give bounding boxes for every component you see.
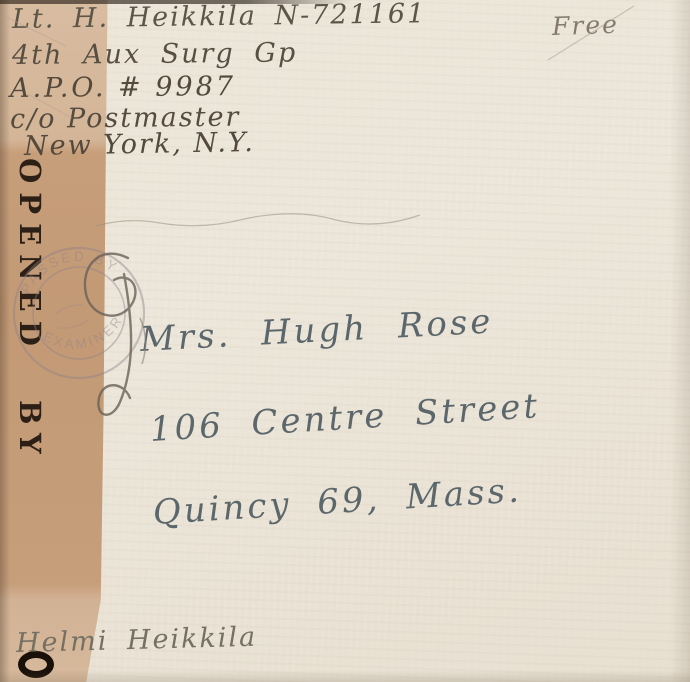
envelope-bottom-edge bbox=[0, 670, 690, 682]
recipient-address-line-3: Quincy 69, Mass. bbox=[152, 470, 523, 532]
return-address-line-2: 4th Aux Surg Gp bbox=[12, 38, 297, 71]
crease-line-middle bbox=[96, 214, 420, 226]
return-address-line-1: Lt. H. Heikkila N-721161 bbox=[12, 0, 427, 35]
envelope-right-edge bbox=[670, 0, 690, 682]
recipient-address-line-1: Mrs. Hugh Rose bbox=[139, 302, 494, 360]
return-address-line-5: New York, N.Y. bbox=[24, 127, 255, 162]
envelope-top-edge bbox=[0, 0, 352, 4]
envelope-scan: OPENED BY PASSED BY EXAMINER Lt. H. Heik… bbox=[0, 0, 690, 682]
return-address-line-3: A.P.O. # 9987 bbox=[10, 71, 236, 104]
recipient-address-line-2: 106 Centre Street bbox=[149, 386, 541, 450]
sender-name: Helmi Heikkila bbox=[16, 622, 258, 659]
free-postage-marking: Free bbox=[551, 10, 619, 41]
